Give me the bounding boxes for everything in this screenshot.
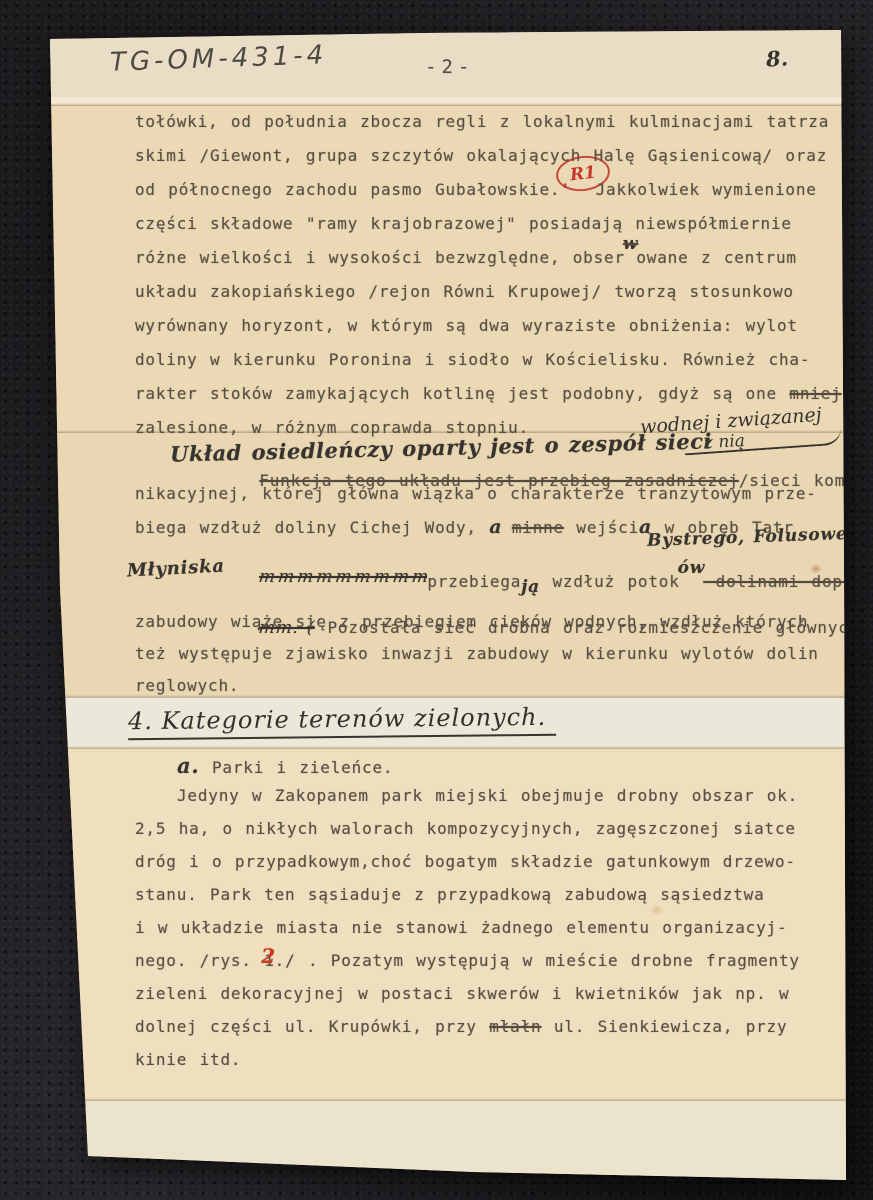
- section-heading: 4. Kategorie terenów zielonych.: [128, 705, 556, 738]
- typed-line: kinie itd.: [135, 1050, 847, 1083]
- figure-reference: 12: [264, 951, 274, 970]
- line-text: Jedyny w Zakopanem park miejski obejmuje…: [177, 786, 798, 805]
- typed-line: a. Parki i zieleńce.: [135, 753, 847, 786]
- paragraph-1: tołówki, od południa zbocza regli z loka…: [135, 112, 847, 452]
- typed-line: dróg i o przypadkowym,choć bogatym skład…: [135, 852, 847, 885]
- line-text: ./ . Pozatym występują w mieście drobne …: [275, 951, 800, 970]
- line-text: zieleni dekoracyjnej w postaci skwerów i…: [135, 984, 789, 1003]
- line-text: Jakkolwiek wymienione: [571, 180, 817, 199]
- typed-line: zieleni dekoracyjnej w postaci skwerów i…: [135, 984, 847, 1017]
- seam-line-1: [44, 103, 846, 106]
- line-text: Parki i zieleńce.: [200, 758, 394, 777]
- line-text: dróg i o przypadkowym,choć bogatym skład…: [135, 852, 796, 871]
- line-text: doliny w kierunku Poronina i siodło w Ko…: [135, 350, 810, 369]
- section-letter: a.: [177, 753, 200, 778]
- line-text: różne wielkości i wysokości bezwzględne,…: [135, 248, 625, 267]
- line-text: ul. Sienkiewicza, przy: [541, 1017, 787, 1036]
- line-text: i w układzie miasta nie stanowi żadnego …: [135, 918, 787, 937]
- archival-page-number: 8.: [765, 45, 789, 71]
- inserted-letter-w: w: [623, 234, 638, 254]
- line-text: wyrównany horyzont, w którym są dwa wyra…: [135, 316, 798, 335]
- typed-line-with-rewrite: Funkcja tego układu jest przebieg zasadn…: [135, 452, 847, 484]
- line-text: stanu. Park ten sąsiaduje z przypadkową …: [135, 885, 765, 904]
- line-text: skimi /Giewont, grupa szczytów okalający…: [135, 146, 827, 165]
- page-number: -2-: [425, 56, 474, 78]
- typed-line: zabudowy wiąże się z przebiegiem cieków …: [135, 612, 847, 644]
- inserted-letter-a: a: [489, 516, 512, 538]
- line-text: tołówki, od południa zbocza regli z loka…: [135, 112, 829, 131]
- line-text: 2,5 ha, o nikłych walorach kompozycyjnyc…: [135, 819, 796, 838]
- struck-word: mniej: [789, 384, 841, 403]
- line-text: wejści: [564, 518, 639, 537]
- typed-line: rakter stoków zamykających kotlinę jest …: [135, 384, 847, 418]
- typed-line: i w układzie miasta nie stanowi żadnego …: [135, 918, 847, 951]
- typed-line: nikacyjnej, której główna wiązka o chara…: [135, 484, 847, 516]
- typed-line: skimi /Giewont, grupa szczytów okalający…: [135, 146, 847, 180]
- scanned-document-background: TG-OM-431-4 -2- 8. R1 wodnej i związanej…: [0, 0, 873, 1200]
- typed-line: od północnego zachodu pasmo Gubałowskie.…: [135, 180, 847, 214]
- bottom-blank-strip: [44, 1100, 846, 1188]
- paper-sheet: TG-OM-431-4 -2- 8. R1 wodnej i związanej…: [44, 28, 846, 1188]
- typed-line: wyrównany horyzont, w którym są dwa wyra…: [135, 316, 847, 350]
- line-text: też występuje zjawisko inwazji zabudowy …: [135, 644, 819, 663]
- typed-line: nego. /rys. 12./ . Pozatym występują w m…: [135, 951, 847, 984]
- struck-word: minne: [512, 518, 564, 537]
- paragraph-2: Funkcja tego układu jest przebieg zasadn…: [135, 452, 847, 708]
- line-text: nego. /rys.: [135, 951, 264, 970]
- line-text: dolnej części ul. Krupówki, przy: [135, 1017, 489, 1036]
- typed-line: 2,5 ha, o nikłych walorach kompozycyjnyc…: [135, 819, 847, 852]
- typed-line: różne wielkości i wysokości bezwzględne,…: [135, 248, 847, 282]
- seam-line-5: [44, 1098, 846, 1101]
- line-text: zabudowy wiąże się z przebiegiem cieków …: [135, 612, 808, 631]
- typed-line: części składowe "ramy krajobrazowej" pos…: [135, 214, 847, 248]
- line-text: rakter stoków zamykających kotlinę jest …: [135, 384, 789, 403]
- typed-line: dolnej części ul. Krupówki, przy młałn u…: [135, 1017, 847, 1050]
- line-text: owane z centrum: [636, 248, 797, 267]
- inserted-suffix-ow: ów: [678, 558, 706, 578]
- line-text: części składowe "ramy krajobrazowej" pos…: [135, 214, 792, 233]
- red-tick-mark: ': [560, 180, 570, 199]
- line-text: biega wzdłuż doliny Cichej Wody,: [135, 518, 489, 537]
- typed-line: doliny w kierunku Poronina i siodło w Ko…: [135, 350, 847, 384]
- line-text: od północnego zachodu pasmo Gubałowskie.: [135, 180, 560, 199]
- struck-word: młałn: [489, 1017, 541, 1036]
- paragraph-3: a. Parki i zieleńce. Jedyny w Zakopanem …: [135, 753, 847, 1083]
- typed-line-with-margin-note: Młyniska mm. ( Pozostała sieć drobna ora…: [135, 580, 847, 612]
- typed-line: też występuje zjawisko inwazji zabudowy …: [135, 644, 847, 676]
- section-heading-text: 4. Kategorie terenów zielonych.: [128, 703, 557, 740]
- line-text: kinie itd.: [135, 1050, 241, 1069]
- typed-line: tołówki, od południa zbocza regli z loka…: [135, 112, 847, 146]
- line-text: reglowych.: [135, 676, 239, 695]
- typed-line: Jedyny w Zakopanem park miejski obejmuje…: [135, 786, 847, 819]
- figure-number-red-correction: 2: [261, 944, 276, 968]
- typed-line-with-edits: mmmmmmmmmprzebiegają wzdłuż potoków doli…: [135, 548, 847, 580]
- line-text: układu zakopiańskiego /rejon Równi Krupo…: [135, 282, 794, 301]
- seam-line-4: [44, 746, 846, 749]
- typed-line: stanu. Park ten sąsiaduje z przypadkową …: [135, 885, 847, 918]
- typed-line: układu zakopiańskiego /rejon Równi Krupo…: [135, 282, 847, 316]
- document-page: TG-OM-431-4 -2- 8. R1 wodnej i związanej…: [44, 28, 846, 1188]
- line-text: nikacyjnej, której główna wiązka o chara…: [135, 484, 817, 503]
